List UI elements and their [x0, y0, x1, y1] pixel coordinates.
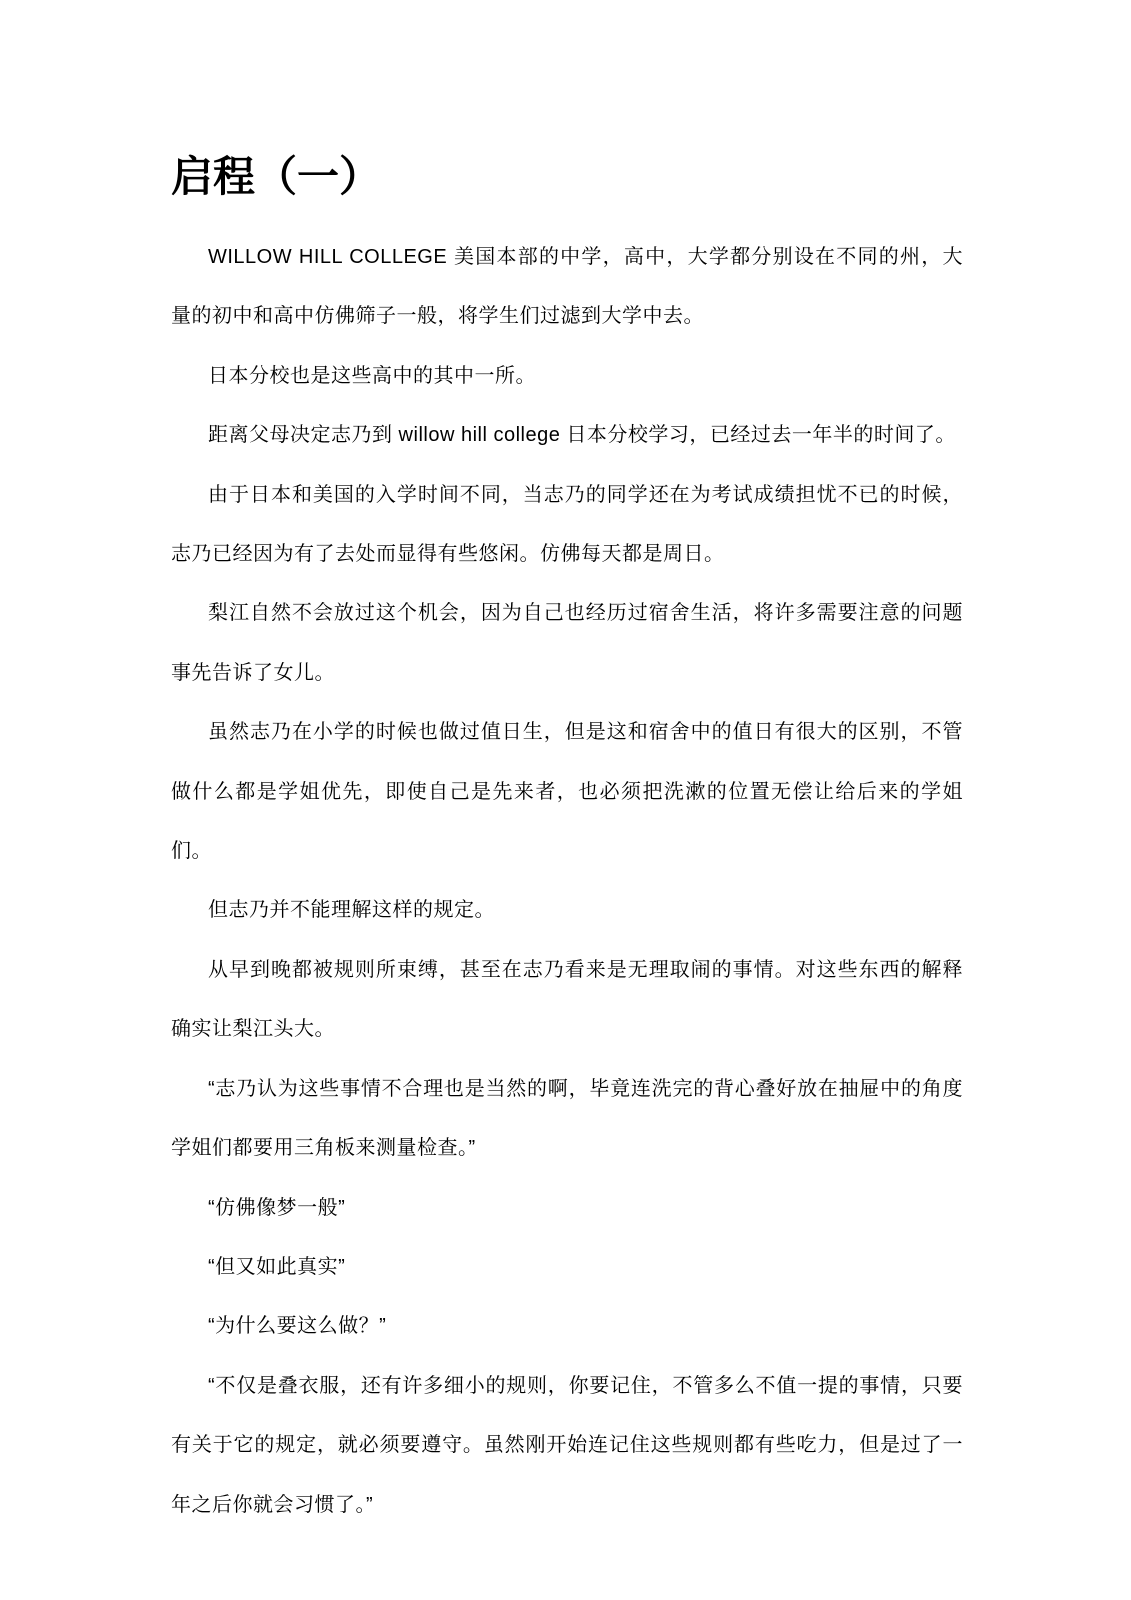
paragraph: “志乃认为这些事情不合理也是当然的啊，毕竟连洗完的背心叠好放在抽屉中的角度学姐们… — [171, 1060, 963, 1179]
document-page: 启程（一） WILLOW HILL COLLEGE 美国本部的中学，高中，大学都… — [0, 0, 1131, 1600]
paragraph: 梨江自然不会放过这个机会，因为自己也经历过宿舍生活，将许多需要注意的问题事先告诉… — [171, 584, 963, 703]
page-title: 启程（一） — [171, 152, 963, 202]
paragraph: 但志乃并不能理解这样的规定。 — [171, 881, 963, 940]
paragraph: WILLOW HILL COLLEGE 美国本部的中学，高中，大学都分别设在不同… — [171, 228, 963, 347]
paragraph: 距离父母决定志乃到 willow hill college 日本分校学习，已经过… — [171, 406, 963, 465]
paragraph: 由于日本和美国的入学时间不同，当志乃的同学还在为考试成绩担忧不已的时候，志乃已经… — [171, 466, 963, 585]
paragraph: 日本分校也是这些高中的其中一所。 — [171, 347, 963, 406]
paragraph: 从早到晚都被规则所束缚，甚至在志乃看来是无理取闹的事情。对这些东西的解释确实让梨… — [171, 941, 963, 1060]
paragraph: “为什么要这么做？” — [171, 1297, 963, 1356]
paragraph: “不仅是叠衣服，还有许多细小的规则，你要记住，不管多么不值一提的事情，只要有关于… — [171, 1357, 963, 1535]
paragraph: “仿佛像梦一般” — [171, 1179, 963, 1238]
paragraphs-container: WILLOW HILL COLLEGE 美国本部的中学，高中，大学都分别设在不同… — [171, 228, 963, 1535]
paragraph: “但又如此真实” — [171, 1238, 963, 1297]
paragraph: 虽然志乃在小学的时候也做过值日生，但是这和宿舍中的值日有很大的区别，不管做什么都… — [171, 703, 963, 881]
